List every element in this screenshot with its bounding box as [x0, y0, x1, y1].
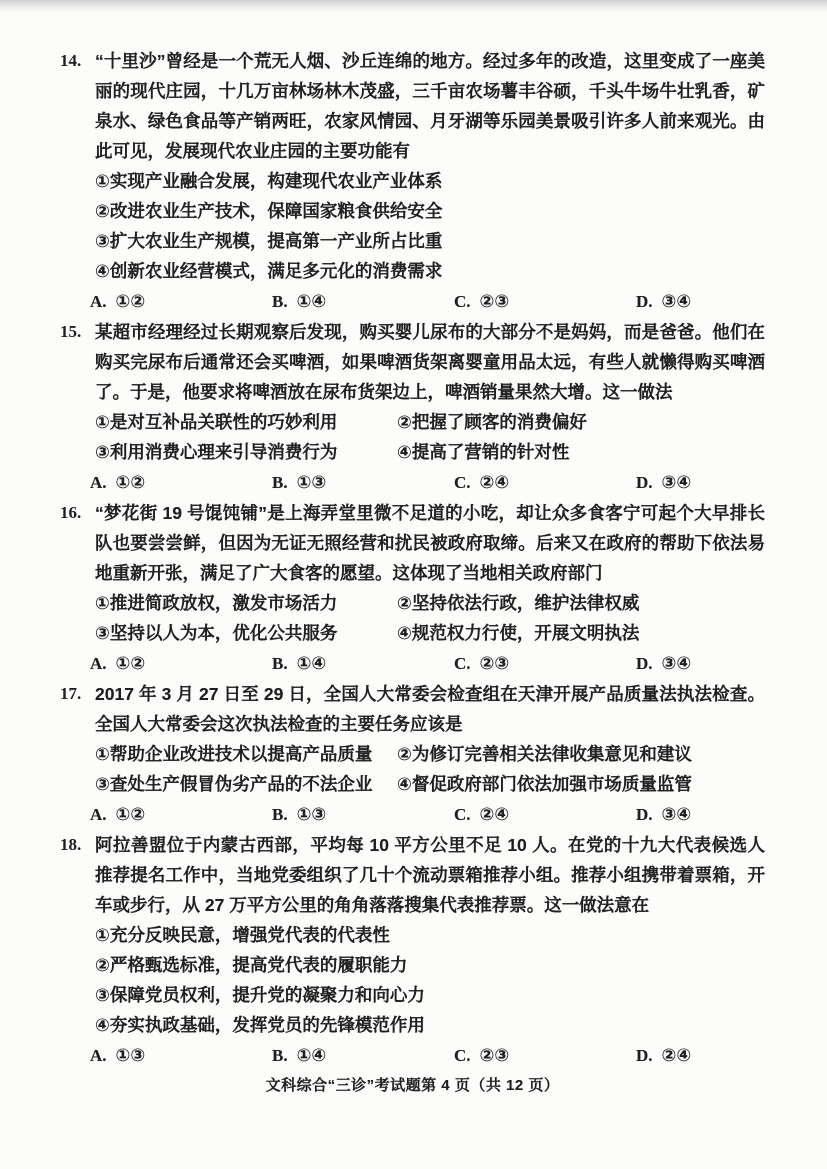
choice-label: D.	[636, 654, 653, 673]
choice-label: B.	[272, 1046, 288, 1065]
choice-label: C.	[454, 292, 471, 311]
choice-item: D.③④	[636, 648, 691, 679]
choice-value: ③④	[662, 472, 692, 492]
option-list: ①充分反映民意，增强党代表的代表性 ②严格甄选标准，提高党代表的履职能力 ③保障…	[95, 920, 765, 1040]
question-number: 18.	[60, 830, 81, 860]
choice-item: A.①②	[90, 648, 272, 679]
option-item: ②改进农业生产技术，保障国家粮食供给安全	[95, 196, 765, 226]
option-item: ③利用消费心理来引导消费行为	[95, 437, 397, 467]
choice-label: D.	[636, 473, 653, 492]
choice-item: A.①②	[90, 799, 272, 830]
choice-label: A.	[90, 292, 107, 311]
question-18: 18. 阿拉善盟位于内蒙古西部，平均每 10 平方公里不足 10 人。在党的十九…	[60, 830, 765, 1071]
choice-label: B.	[272, 473, 288, 492]
exam-document-page: 14. “十里沙”曾经是一个荒无人烟、沙丘连绵的地方。经过多年的改造，这里变成了…	[0, 0, 827, 1169]
choice-value: ③④	[662, 653, 692, 673]
question-stem: 2017 年 3 月 27 日至 29 日，全国人大常委会检查组在天津开展产品质…	[95, 679, 765, 739]
choice-item: D.③④	[636, 467, 691, 498]
question-stem: “十里沙”曾经是一个荒无人烟、沙丘连绵的地方。经过多年的改造，这里变成了一座美丽…	[95, 46, 765, 166]
choice-value: ①②	[116, 291, 146, 311]
choice-value: ②④	[662, 1045, 692, 1065]
choice-item: C.②③	[454, 648, 636, 679]
choice-label: C.	[454, 473, 471, 492]
choice-value: ②③	[480, 653, 510, 673]
option-item: ③扩大农业生产规模，提高第一产业所占比重	[95, 226, 765, 256]
choice-label: B.	[272, 805, 288, 824]
choice-item: B.①④	[272, 286, 454, 317]
option-list: ①帮助企业改进技术以提高产品质量 ②为修订完善相关法律收集意见和建议 ③查处生产…	[95, 739, 765, 799]
choice-value: ①④	[297, 1045, 327, 1065]
choice-item: A.①②	[90, 467, 272, 498]
question-14: 14. “十里沙”曾经是一个荒无人烟、沙丘连绵的地方。经过多年的改造，这里变成了…	[60, 46, 765, 317]
choice-row: A.①② B.①③ C.②④ D.③④	[90, 467, 765, 498]
choice-item: B.①③	[272, 799, 454, 830]
option-item: ③查处生产假冒伪劣产品的不法企业	[95, 769, 397, 799]
choice-value: ①②	[116, 653, 146, 673]
choice-item: C.②③	[454, 1040, 636, 1071]
choice-value: ②④	[480, 804, 510, 824]
option-item: ①实现产业融合发展，构建现代农业产业体系	[95, 166, 765, 196]
option-item: ①推进简政放权，激发市场活力	[95, 588, 397, 618]
question-16: 16. “梦花街 19 号馄饨铺”是上海弄堂里微不足道的小吃，却让众多食客宁可起…	[60, 498, 765, 679]
option-item: ④督促政府部门依法加强市场质量监管	[397, 769, 765, 799]
option-item: ②严格甄选标准，提高党代表的履职能力	[95, 950, 765, 980]
option-item: ②把握了顾客的消费偏好	[397, 407, 765, 437]
scan-edge-shading	[0, 0, 827, 12]
choice-row: A.①② B.①④ C.②③ D.③④	[90, 648, 765, 679]
choice-label: B.	[272, 292, 288, 311]
option-item: ④规范权力行使，开展文明执法	[397, 618, 765, 648]
choice-label: D.	[636, 805, 653, 824]
option-item: ④夯实执政基础，发挥党员的先锋模范作用	[95, 1010, 765, 1040]
question-number: 15.	[60, 317, 81, 347]
choice-value: ①④	[297, 653, 327, 673]
option-item: ②为修订完善相关法律收集意见和建议	[397, 739, 765, 769]
choice-label: A.	[90, 1046, 107, 1065]
choice-value: ②③	[480, 1045, 510, 1065]
choice-label: D.	[636, 1046, 653, 1065]
choice-value: ①④	[297, 291, 327, 311]
choice-row: A.①③ B.①④ C.②③ D.②④	[90, 1040, 765, 1071]
option-item: ③坚持以人为本，优化公共服务	[95, 618, 397, 648]
page-content: 14. “十里沙”曾经是一个荒无人烟、沙丘连绵的地方。经过多年的改造，这里变成了…	[60, 46, 765, 1101]
choice-row: A.①② B.①③ C.②④ D.③④	[90, 799, 765, 830]
choice-value: ①③	[297, 472, 327, 492]
choice-item: D.②④	[636, 1040, 691, 1071]
choice-value: ③④	[662, 804, 692, 824]
choice-label: B.	[272, 654, 288, 673]
choice-label: D.	[636, 292, 653, 311]
page-footer: 文科综合“三诊”考试题第 4 页（共 12 页）	[60, 1071, 765, 1101]
option-item: ①充分反映民意，增强党代表的代表性	[95, 920, 765, 950]
choice-value: ①③	[116, 1045, 146, 1065]
choice-row: A.①② B.①④ C.②③ D.③④	[90, 286, 765, 317]
question-stem: “梦花街 19 号馄饨铺”是上海弄堂里微不足道的小吃，却让众多食客宁可起个大早排…	[95, 498, 765, 588]
option-item: ①帮助企业改进技术以提高产品质量	[95, 739, 397, 769]
option-list: ①推进简政放权，激发市场活力 ②坚持依法行政，维护法律权威 ③坚持以人为本，优化…	[95, 588, 765, 648]
choice-item: C.②④	[454, 467, 636, 498]
choice-item: B.①④	[272, 1040, 454, 1071]
choice-value: ①②	[116, 472, 146, 492]
choice-item: D.③④	[636, 286, 691, 317]
option-item: ①是对互补品关联性的巧妙利用	[95, 407, 397, 437]
choice-value: ①③	[297, 804, 327, 824]
choice-value: ①②	[116, 804, 146, 824]
choice-label: A.	[90, 805, 107, 824]
question-17: 17. 2017 年 3 月 27 日至 29 日，全国人大常委会检查组在天津开…	[60, 679, 765, 830]
question-stem: 某超市经理经过长期观察后发现，购买婴儿尿布的大部分不是妈妈，而是爸爸。他们在购买…	[95, 317, 765, 407]
choice-label: C.	[454, 805, 471, 824]
choice-label: A.	[90, 654, 107, 673]
question-15: 15. 某超市经理经过长期观察后发现，购买婴儿尿布的大部分不是妈妈，而是爸爸。他…	[60, 317, 765, 498]
choice-item: C.②③	[454, 286, 636, 317]
question-number: 16.	[60, 498, 81, 528]
option-item: ③保障党员权利，提升党的凝聚力和向心力	[95, 980, 765, 1010]
question-number: 17.	[60, 679, 81, 709]
choice-value: ②④	[480, 472, 510, 492]
choice-item: C.②④	[454, 799, 636, 830]
option-item: ②坚持依法行政，维护法律权威	[397, 588, 765, 618]
choice-value: ③④	[662, 291, 692, 311]
choice-item: A.①②	[90, 286, 272, 317]
choice-item: B.①④	[272, 648, 454, 679]
choice-item: A.①③	[90, 1040, 272, 1071]
question-number: 14.	[60, 46, 81, 76]
choice-label: C.	[454, 654, 471, 673]
option-list: ①实现产业融合发展，构建现代农业产业体系 ②改进农业生产技术，保障国家粮食供给安…	[95, 166, 765, 286]
option-item: ④创新农业经营模式，满足多元化的消费需求	[95, 256, 765, 286]
choice-item: D.③④	[636, 799, 691, 830]
option-list: ①是对互补品关联性的巧妙利用 ②把握了顾客的消费偏好 ③利用消费心理来引导消费行…	[95, 407, 765, 467]
option-item: ④提高了营销的针对性	[397, 437, 765, 467]
question-stem: 阿拉善盟位于内蒙古西部，平均每 10 平方公里不足 10 人。在党的十九大代表候…	[95, 830, 765, 920]
choice-label: A.	[90, 473, 107, 492]
choice-label: C.	[454, 1046, 471, 1065]
choice-value: ②③	[480, 291, 510, 311]
choice-item: B.①③	[272, 467, 454, 498]
